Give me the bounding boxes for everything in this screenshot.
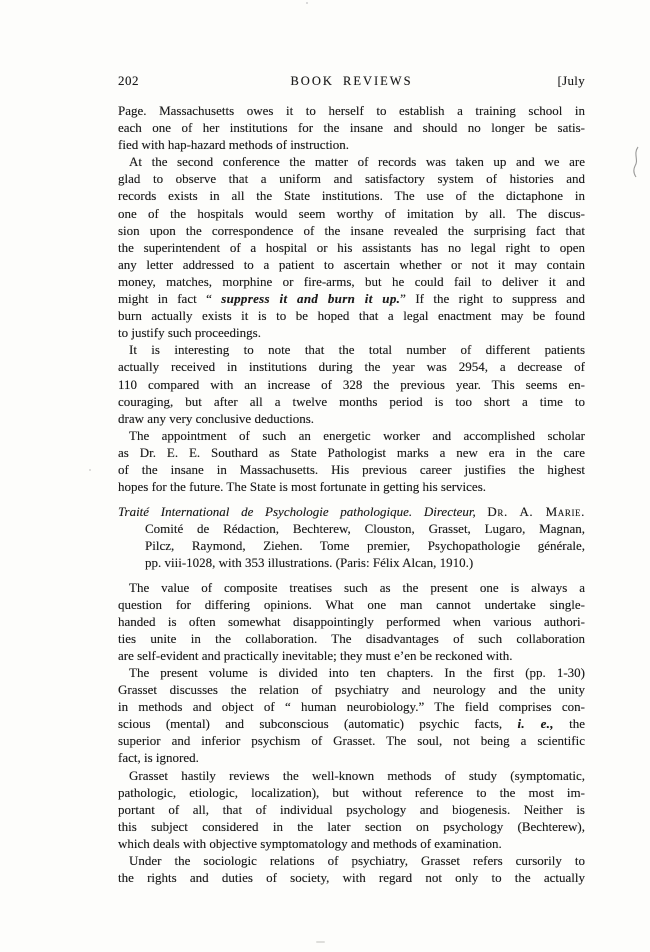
scan-speck [306, 2, 308, 4]
text-line: sion upon the correspondence of the insa… [118, 222, 585, 239]
text-line: Grasset hastily reviews the well-known m… [118, 767, 585, 784]
text-line: couraging, but after all a twelve months… [118, 393, 585, 410]
styled-text-run: Traité International de Psychologie path… [118, 504, 476, 519]
running-title: BOOK REVIEWS [208, 74, 495, 89]
paragraph: Grasset hastily reviews the well-known m… [118, 767, 585, 852]
text-line: any letter addressed to a patient to asc… [118, 256, 585, 273]
text-line: superior and inferior psychism of Grasse… [118, 732, 585, 749]
text-line: this subject considered in the later sec… [118, 818, 585, 835]
text-line: fact, is ignored. [118, 749, 585, 766]
text-line: portant of all, that of individual psych… [118, 801, 585, 818]
text-line: one of the hospitals would seem worthy o… [118, 205, 585, 222]
text-line: in methods and object of “ human neurobi… [118, 698, 585, 715]
text-line: the rights and duties of society, with r… [118, 869, 585, 886]
text-line: pathologic, etiologic, localization), bu… [118, 784, 585, 801]
issue-date: [July [495, 73, 585, 89]
paragraph: Under the sociologic relations of psychi… [118, 852, 585, 886]
text-line: burn actually exists it is to be hoped t… [118, 307, 585, 324]
text-line: fied with hap-hazard methods of instruct… [118, 136, 585, 153]
paragraph: The appointment of such an energetic wor… [118, 427, 585, 495]
text-line: of the insane in Massachusetts. His prev… [118, 461, 585, 478]
text-line: draw any very conclusive deductions. [118, 410, 585, 427]
text-line: might in fact “ suppress it and burn it … [118, 290, 585, 307]
text-line: The present volume is divided into ten c… [118, 664, 585, 681]
text-line: 110 compared with an increase of 328 the… [118, 376, 585, 393]
page-number: 202 [118, 73, 208, 89]
text-line: It is interesting to note that the total… [118, 341, 585, 358]
text-line: the superintendent of a hospital or his … [118, 239, 585, 256]
text-line: Page. Massachusetts owes it to herself t… [118, 102, 585, 119]
scan-speck [89, 469, 91, 471]
text-line: Pilcz, Raymond, Ziehen. Tome premier, Ps… [118, 537, 585, 554]
paragraph: The value of composite treatises such as… [118, 579, 585, 664]
text-line: pp. viii-1028, with 353 illustrations. (… [118, 554, 585, 571]
paragraph: At the second conference the matter of r… [118, 153, 585, 341]
margin-pen-mark [629, 146, 643, 183]
styled-text-run: Dr. A. Marie. [487, 504, 585, 519]
text-line: which deals with objective symptomatolog… [118, 835, 585, 852]
text-line: handed is often somewhat disappointingly… [118, 613, 585, 630]
page-header: 202 BOOK REVIEWS [July [118, 73, 585, 89]
text-line: glad to observe that a uniform and satis… [118, 170, 585, 187]
text-line: ties unite in the collaboration. The dis… [118, 630, 585, 647]
text-line: scious (mental) and subconscious (automa… [118, 715, 585, 732]
text-line: are self-evident and practically inevita… [118, 647, 585, 664]
text-line: actually received in institutions during… [118, 358, 585, 375]
text-line: At the second conference the matter of r… [118, 153, 585, 170]
text-line: to justify such proceedings. [118, 324, 585, 341]
text-line: Traité International de Psychologie path… [118, 503, 585, 520]
text-line: The value of composite treatises such as… [118, 579, 585, 596]
paragraph: It is interesting to note that the total… [118, 341, 585, 426]
scan-speck [316, 941, 325, 943]
text-line: Grasset discusses the relation of psychi… [118, 681, 585, 698]
scanned-page: 202 BOOK REVIEWS [July Page. Massachuset… [0, 0, 650, 952]
paragraph: The present volume is divided into ten c… [118, 664, 585, 767]
text-line: Under the sociologic relations of psychi… [118, 852, 585, 869]
styled-text-run: i. e., [517, 716, 553, 731]
text-line: question for differing opinions. What on… [118, 596, 585, 613]
text-line: The appointment of such an energetic wor… [118, 427, 585, 444]
text-line: Comité de Rédaction, Bechterew, Clouston… [118, 520, 585, 537]
text-line: hopes for the future. The State is most … [118, 478, 585, 495]
text-line: each one of her institutions for the ins… [118, 119, 585, 136]
reference-entry: Traité International de Psychologie path… [118, 503, 585, 571]
text-line: as Dr. E. E. Southard as State Pathologi… [118, 444, 585, 461]
text-line: money, matches, morphine or fire-arms, b… [118, 273, 585, 290]
page-body: Page. Massachusetts owes it to herself t… [118, 102, 585, 886]
text-line: records exists in all the State institut… [118, 187, 585, 204]
styled-text-run: suppress it and burn it up. [221, 291, 400, 306]
paragraph: Page. Massachusetts owes it to herself t… [118, 102, 585, 153]
